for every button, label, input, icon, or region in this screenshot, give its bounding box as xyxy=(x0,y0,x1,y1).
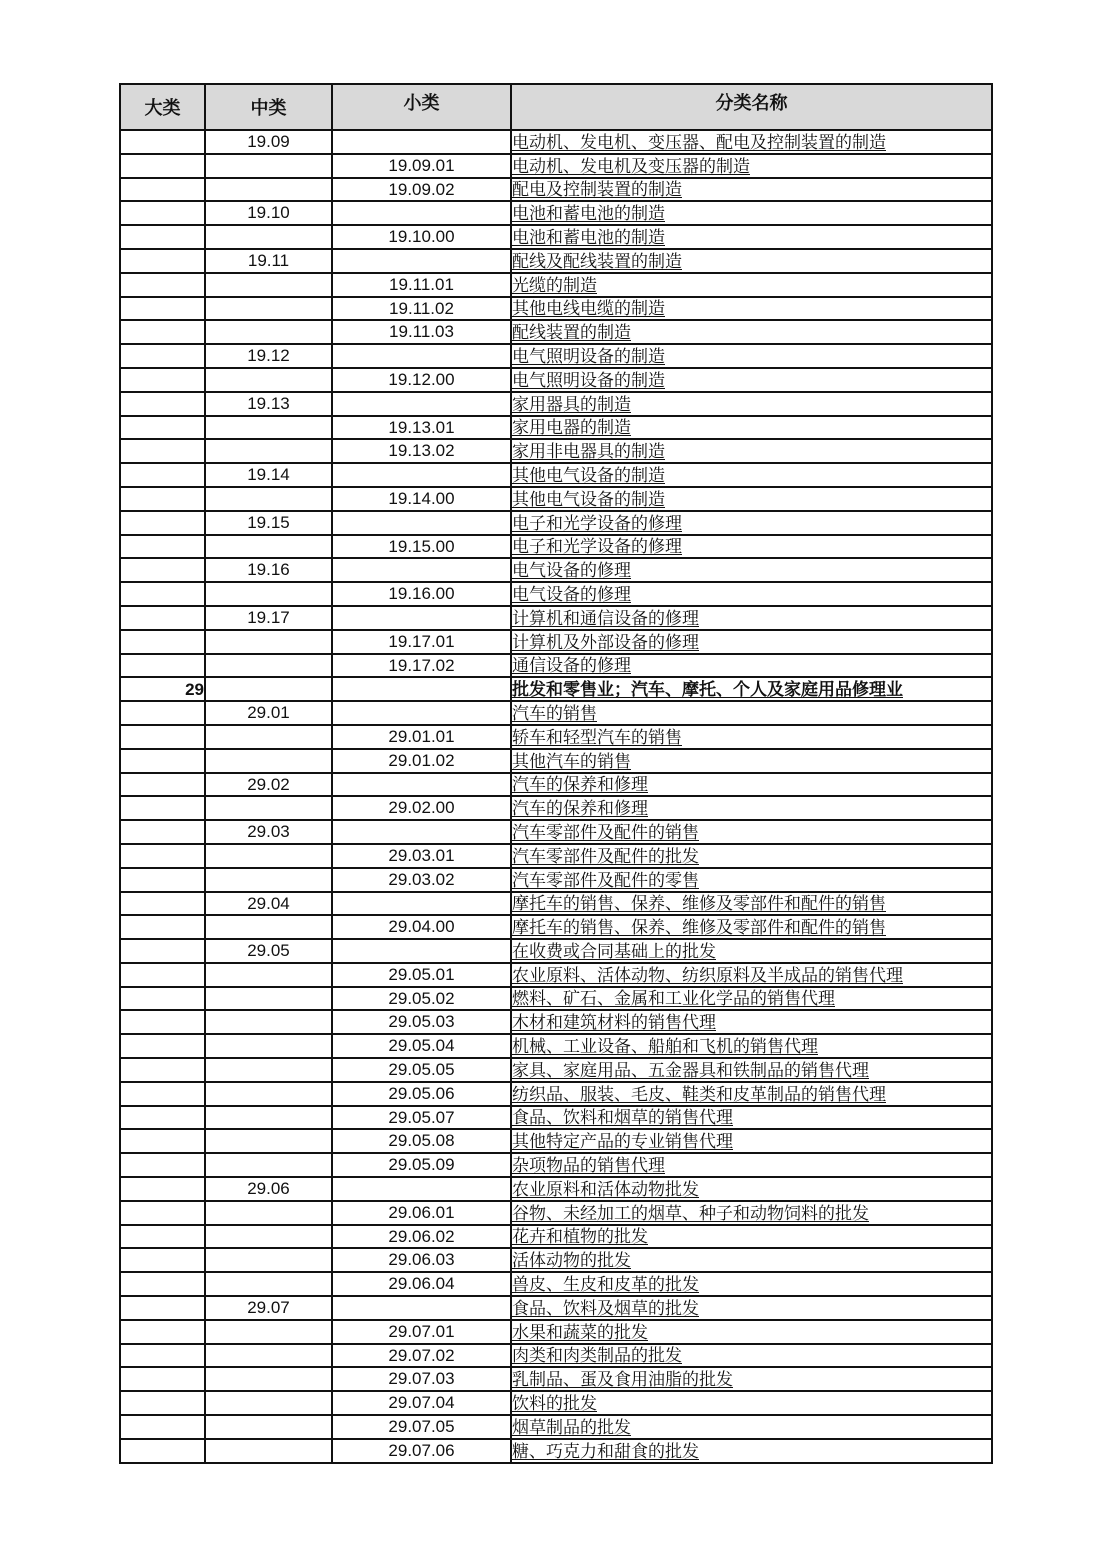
cell-major-code xyxy=(120,1201,205,1225)
cell-mid-code xyxy=(205,487,332,511)
cell-major-code xyxy=(120,535,205,559)
cell-category-name: 汽车零部件及配件的批发 xyxy=(511,844,992,868)
cell-category-name: 饮料的批发 xyxy=(511,1391,992,1415)
cell-major-code xyxy=(120,868,205,892)
cell-mid-code: 29.04 xyxy=(205,892,332,916)
table-row: 19.11.02其他电线电缆的制造 xyxy=(120,297,992,321)
cell-major-code xyxy=(120,749,205,773)
cell-category-name: 其他汽车的销售 xyxy=(511,749,992,773)
category-name-text: 烟草制品的批发 xyxy=(512,1418,631,1437)
category-name-text: 木材和建筑材料的销售代理 xyxy=(512,1013,716,1032)
cell-mid-code xyxy=(205,654,332,678)
cell-major-code xyxy=(120,1439,205,1463)
cell-major-code xyxy=(120,1034,205,1058)
table-row: 29.02.00汽车的保养和修理 xyxy=(120,796,992,820)
cell-minor-code: 19.16.00 xyxy=(332,582,511,606)
cell-minor-code xyxy=(332,511,511,535)
cell-category-name: 汽车零部件及配件的零售 xyxy=(511,868,992,892)
table-row: 29.06农业原料和活体动物批发 xyxy=(120,1177,992,1201)
cell-mid-code xyxy=(205,1201,332,1225)
category-name-text: 花卉和植物的批发 xyxy=(512,1227,648,1246)
cell-minor-code: 29.01.01 xyxy=(332,725,511,749)
cell-category-name: 电气照明设备的制造 xyxy=(511,368,992,392)
cell-minor-code xyxy=(332,558,511,582)
cell-minor-code: 19.17.01 xyxy=(332,630,511,654)
cell-minor-code xyxy=(332,392,511,416)
cell-category-name: 通信设备的修理 xyxy=(511,654,992,678)
cell-category-name: 电动机、发电机及变压器的制造 xyxy=(511,154,992,178)
cell-minor-code xyxy=(332,1177,511,1201)
table-row: 29.06.01谷物、未经加工的烟草、种子和动物饲料的批发 xyxy=(120,1201,992,1225)
cell-mid-code xyxy=(205,1367,332,1391)
cell-minor-code: 29.05.09 xyxy=(332,1153,511,1177)
cell-major-code xyxy=(120,773,205,797)
table-row: 19.17.02通信设备的修理 xyxy=(120,654,992,678)
cell-minor-code: 29.03.02 xyxy=(332,868,511,892)
cell-minor-code: 29.07.05 xyxy=(332,1415,511,1439)
table-row: 29.01.01轿车和轻型汽车的销售 xyxy=(120,725,992,749)
table-row: 19.13家用器具的制造 xyxy=(120,392,992,416)
cell-major-code xyxy=(120,654,205,678)
cell-major-code xyxy=(120,606,205,630)
cell-mid-code xyxy=(205,1129,332,1153)
header-row: 大类 中类 小类 分类名称 xyxy=(120,84,992,130)
cell-major-code xyxy=(120,225,205,249)
category-name-text: 电气照明设备的制造 xyxy=(512,347,665,366)
cell-mid-code: 19.13 xyxy=(205,392,332,416)
cell-minor-code xyxy=(332,463,511,487)
category-name-text: 其他电线电缆的制造 xyxy=(512,299,665,318)
table-row: 19.15电子和光学设备的修理 xyxy=(120,511,992,535)
cell-mid-code: 29.05 xyxy=(205,939,332,963)
cell-category-name: 兽皮、生皮和皮革的批发 xyxy=(511,1272,992,1296)
cell-major-code xyxy=(120,558,205,582)
cell-mid-code xyxy=(205,1272,332,1296)
cell-mid-code xyxy=(205,416,332,440)
table-row: 29.05在收费或合同基础上的批发 xyxy=(120,939,992,963)
cell-category-name: 摩托车的销售、保养、维修及零部件和配件的销售 xyxy=(511,915,992,939)
cell-major-code xyxy=(120,1177,205,1201)
cell-mid-code xyxy=(205,1248,332,1272)
category-name-text: 家用非电器具的制造 xyxy=(512,442,665,461)
cell-category-name: 谷物、未经加工的烟草、种子和动物饲料的批发 xyxy=(511,1201,992,1225)
category-name-text: 燃料、矿石、金属和工业化学品的销售代理 xyxy=(512,989,835,1008)
cell-category-name: 农业原料、活体动物、纺织原料及半成品的销售代理 xyxy=(511,963,992,987)
cell-major-code xyxy=(120,439,205,463)
cell-minor-code: 29.07.06 xyxy=(332,1439,511,1463)
cell-category-name: 汽车的保养和修理 xyxy=(511,796,992,820)
category-name-text: 水果和蔬菜的批发 xyxy=(512,1323,648,1342)
table-row: 29.05.06纺织品、服装、毛皮、鞋类和皮革制品的销售代理 xyxy=(120,1082,992,1106)
cell-major-code xyxy=(120,1248,205,1272)
cell-minor-code xyxy=(332,820,511,844)
cell-minor-code xyxy=(332,344,511,368)
cell-mid-code xyxy=(205,749,332,773)
cell-minor-code: 29.05.04 xyxy=(332,1034,511,1058)
cell-category-name: 汽车的销售 xyxy=(511,701,992,725)
category-name-text: 其他汽车的销售 xyxy=(512,752,631,771)
cell-category-name: 家用器具的制造 xyxy=(511,392,992,416)
table-row: 19.10.00电池和蓄电池的制造 xyxy=(120,225,992,249)
category-name-text: 摩托车的销售、保养、维修及零部件和配件的销售 xyxy=(512,918,886,937)
cell-category-name: 电子和光学设备的修理 xyxy=(511,511,992,535)
table-row: 19.12.00电气照明设备的制造 xyxy=(120,368,992,392)
cell-mid-code xyxy=(205,987,332,1011)
category-name-text: 农业原料和活体动物批发 xyxy=(512,1180,699,1199)
category-name-text: 其他电气设备的制造 xyxy=(512,490,665,509)
cell-minor-code: 29.07.03 xyxy=(332,1367,511,1391)
table-row: 19.17计算机和通信设备的修理 xyxy=(120,606,992,630)
cell-mid-code xyxy=(205,677,332,701)
cell-major-code xyxy=(120,1058,205,1082)
cell-mid-code xyxy=(205,225,332,249)
cell-major-code xyxy=(120,1225,205,1249)
category-name-text: 食品、饮料及烟草的批发 xyxy=(512,1299,699,1318)
cell-minor-code: 29.01.02 xyxy=(332,749,511,773)
cell-major-code xyxy=(120,1391,205,1415)
cell-category-name: 木材和建筑材料的销售代理 xyxy=(511,1010,992,1034)
cell-minor-code xyxy=(332,249,511,273)
category-name-text: 轿车和轻型汽车的销售 xyxy=(512,728,682,747)
cell-major-code xyxy=(120,130,205,154)
table-row: 29.05.04机械、工业设备、船舶和飞机的销售代理 xyxy=(120,1034,992,1058)
category-name-text: 其他电气设备的制造 xyxy=(512,466,665,485)
header-minor: 小类 xyxy=(332,84,511,130)
cell-category-name: 电气设备的修理 xyxy=(511,582,992,606)
cell-mid-code xyxy=(205,796,332,820)
table-row: 19.14其他电气设备的制造 xyxy=(120,463,992,487)
table-row: 19.17.01计算机及外部设备的修理 xyxy=(120,630,992,654)
table-row: 29.04摩托车的销售、保养、维修及零部件和配件的销售 xyxy=(120,892,992,916)
cell-category-name: 电池和蓄电池的制造 xyxy=(511,201,992,225)
category-name-text: 活体动物的批发 xyxy=(512,1251,631,1270)
cell-major-code xyxy=(120,344,205,368)
table-row: 29.07.01水果和蔬菜的批发 xyxy=(120,1320,992,1344)
cell-minor-code: 19.10.00 xyxy=(332,225,511,249)
cell-minor-code: 29.05.06 xyxy=(332,1082,511,1106)
cell-major-code xyxy=(120,273,205,297)
cell-minor-code: 19.09.02 xyxy=(332,178,511,202)
cell-mid-code xyxy=(205,1439,332,1463)
category-name-text: 兽皮、生皮和皮革的批发 xyxy=(512,1275,699,1294)
cell-minor-code xyxy=(332,892,511,916)
cell-minor-code: 19.17.02 xyxy=(332,654,511,678)
table-row: 19.13.01家用电器的制造 xyxy=(120,416,992,440)
table-body: 19.09电动机、发电机、变压器、配电及控制装置的制造19.09.01电动机、发… xyxy=(120,130,992,1463)
cell-major-code: 29 xyxy=(120,677,205,701)
cell-minor-code: 29.06.04 xyxy=(332,1272,511,1296)
cell-minor-code xyxy=(332,606,511,630)
cell-mid-code: 29.07 xyxy=(205,1296,332,1320)
cell-category-name: 燃料、矿石、金属和工业化学品的销售代理 xyxy=(511,987,992,1011)
cell-category-name: 电气照明设备的制造 xyxy=(511,344,992,368)
cell-major-code xyxy=(120,487,205,511)
cell-minor-code: 29.05.05 xyxy=(332,1058,511,1082)
cell-category-name: 电子和光学设备的修理 xyxy=(511,535,992,559)
cell-category-name: 配电及控制装置的制造 xyxy=(511,178,992,202)
cell-major-code xyxy=(120,963,205,987)
cell-major-code xyxy=(120,987,205,1011)
cell-minor-code: 19.12.00 xyxy=(332,368,511,392)
table-row: 19.16电气设备的修理 xyxy=(120,558,992,582)
cell-minor-code: 19.13.02 xyxy=(332,439,511,463)
cell-major-code xyxy=(120,154,205,178)
cell-major-code xyxy=(120,1106,205,1130)
table-row: 29.05.03木材和建筑材料的销售代理 xyxy=(120,1010,992,1034)
category-name-text: 杂项物品的销售代理 xyxy=(512,1156,665,1175)
table-row: 29.02汽车的保养和修理 xyxy=(120,773,992,797)
cell-category-name: 肉类和肉类制品的批发 xyxy=(511,1344,992,1368)
table-row: 29.07.04饮料的批发 xyxy=(120,1391,992,1415)
cell-minor-code: 29.06.02 xyxy=(332,1225,511,1249)
cell-major-code xyxy=(120,892,205,916)
table-row: 29.04.00摩托车的销售、保养、维修及零部件和配件的销售 xyxy=(120,915,992,939)
cell-mid-code xyxy=(205,1010,332,1034)
cell-category-name: 汽车零部件及配件的销售 xyxy=(511,820,992,844)
cell-minor-code: 29.05.01 xyxy=(332,963,511,987)
table-row: 19.10电池和蓄电池的制造 xyxy=(120,201,992,225)
cell-mid-code xyxy=(205,1344,332,1368)
table-row: 29.03.01汽车零部件及配件的批发 xyxy=(120,844,992,868)
table-row: 19.09电动机、发电机、变压器、配电及控制装置的制造 xyxy=(120,130,992,154)
cell-major-code xyxy=(120,1367,205,1391)
cell-minor-code: 29.07.01 xyxy=(332,1320,511,1344)
category-name-text: 电子和光学设备的修理 xyxy=(512,537,682,556)
cell-category-name: 水果和蔬菜的批发 xyxy=(511,1320,992,1344)
table-row: 19.13.02家用非电器具的制造 xyxy=(120,439,992,463)
cell-category-name: 电池和蓄电池的制造 xyxy=(511,225,992,249)
cell-minor-code xyxy=(332,701,511,725)
classification-table: 大类 中类 小类 分类名称 19.09电动机、发电机、变压器、配电及控制装置的制… xyxy=(119,83,993,1464)
cell-major-code xyxy=(120,630,205,654)
cell-category-name: 摩托车的销售、保养、维修及零部件和配件的销售 xyxy=(511,892,992,916)
cell-mid-code: 19.15 xyxy=(205,511,332,535)
cell-mid-code xyxy=(205,630,332,654)
cell-minor-code: 29.06.01 xyxy=(332,1201,511,1225)
category-name-text: 电动机、发电机及变压器的制造 xyxy=(512,157,750,176)
cell-minor-code: 19.11.01 xyxy=(332,273,511,297)
cell-mid-code: 29.03 xyxy=(205,820,332,844)
category-name-text: 配线装置的制造 xyxy=(512,323,631,342)
cell-minor-code: 29.05.08 xyxy=(332,1129,511,1153)
cell-category-name: 在收费或合同基础上的批发 xyxy=(511,939,992,963)
cell-category-name: 批发和零售业；汽车、摩托、个人及家庭用品修理业 xyxy=(511,677,992,701)
cell-mid-code xyxy=(205,297,332,321)
cell-mid-code xyxy=(205,1153,332,1177)
cell-category-name: 计算机及外部设备的修理 xyxy=(511,630,992,654)
cell-mid-code xyxy=(205,1082,332,1106)
table-row: 19.15.00电子和光学设备的修理 xyxy=(120,535,992,559)
cell-major-code xyxy=(120,297,205,321)
cell-major-code xyxy=(120,201,205,225)
cell-category-name: 机械、工业设备、船舶和飞机的销售代理 xyxy=(511,1034,992,1058)
cell-mid-code xyxy=(205,963,332,987)
cell-category-name: 其他电气设备的制造 xyxy=(511,463,992,487)
cell-category-name: 汽车的保养和修理 xyxy=(511,773,992,797)
cell-mid-code: 19.12 xyxy=(205,344,332,368)
cell-minor-code: 29.05.07 xyxy=(332,1106,511,1130)
cell-category-name: 糖、巧克力和甜食的批发 xyxy=(511,1439,992,1463)
cell-category-name: 烟草制品的批发 xyxy=(511,1415,992,1439)
cell-minor-code: 19.09.01 xyxy=(332,154,511,178)
cell-mid-code: 29.01 xyxy=(205,701,332,725)
category-name-text: 家用电器的制造 xyxy=(512,418,631,437)
cell-major-code xyxy=(120,249,205,273)
cell-major-code xyxy=(120,392,205,416)
cell-major-code xyxy=(120,1296,205,1320)
cell-major-code xyxy=(120,796,205,820)
table-row: 19.11配线及配线装置的制造 xyxy=(120,249,992,273)
cell-mid-code xyxy=(205,868,332,892)
table-row: 29.07.05烟草制品的批发 xyxy=(120,1415,992,1439)
cell-category-name: 纺织品、服装、毛皮、鞋类和皮革制品的销售代理 xyxy=(511,1082,992,1106)
cell-mid-code xyxy=(205,915,332,939)
category-name-text: 电池和蓄电池的制造 xyxy=(512,228,665,247)
cell-minor-code: 19.14.00 xyxy=(332,487,511,511)
category-name-text: 在收费或合同基础上的批发 xyxy=(512,942,716,961)
cell-category-name: 杂项物品的销售代理 xyxy=(511,1153,992,1177)
cell-category-name: 家具、家庭用品、五金器具和铁制品的销售代理 xyxy=(511,1058,992,1082)
cell-major-code xyxy=(120,178,205,202)
cell-major-code xyxy=(120,725,205,749)
cell-category-name: 食品、饮料及烟草的批发 xyxy=(511,1296,992,1320)
cell-category-name: 活体动物的批发 xyxy=(511,1248,992,1272)
cell-mid-code xyxy=(205,844,332,868)
category-name-text: 电气照明设备的制造 xyxy=(512,371,665,390)
cell-category-name: 配线装置的制造 xyxy=(511,320,992,344)
cell-minor-code: 29.04.00 xyxy=(332,915,511,939)
category-name-text: 其他特定产品的专业销售代理 xyxy=(512,1132,733,1151)
table-row: 29.06.02花卉和植物的批发 xyxy=(120,1225,992,1249)
cell-major-code xyxy=(120,820,205,844)
cell-mid-code: 29.06 xyxy=(205,1177,332,1201)
cell-major-code xyxy=(120,844,205,868)
table-row-major: 29批发和零售业；汽车、摩托、个人及家庭用品修理业 xyxy=(120,677,992,701)
table-row: 19.14.00其他电气设备的制造 xyxy=(120,487,992,511)
cell-minor-code: 29.05.03 xyxy=(332,1010,511,1034)
cell-major-code xyxy=(120,463,205,487)
cell-mid-code xyxy=(205,725,332,749)
cell-category-name: 其他电气设备的制造 xyxy=(511,487,992,511)
category-name-text: 纺织品、服装、毛皮、鞋类和皮革制品的销售代理 xyxy=(512,1085,886,1104)
table-row: 29.07.06糖、巧克力和甜食的批发 xyxy=(120,1439,992,1463)
category-name-text: 肉类和肉类制品的批发 xyxy=(512,1346,682,1365)
cell-category-name: 电气设备的修理 xyxy=(511,558,992,582)
table-row: 29.06.04兽皮、生皮和皮革的批发 xyxy=(120,1272,992,1296)
cell-minor-code: 29.05.02 xyxy=(332,987,511,1011)
category-name-text: 电动机、发电机、变压器、配电及控制装置的制造 xyxy=(512,133,886,152)
cell-mid-code: 19.11 xyxy=(205,249,332,273)
cell-minor-code: 19.11.02 xyxy=(332,297,511,321)
category-name-text: 通信设备的修理 xyxy=(512,656,631,675)
header-mid: 中类 xyxy=(205,84,332,130)
cell-major-code xyxy=(120,1010,205,1034)
cell-major-code xyxy=(120,320,205,344)
cell-mid-code xyxy=(205,1034,332,1058)
cell-mid-code xyxy=(205,1058,332,1082)
table-row: 29.06.03活体动物的批发 xyxy=(120,1248,992,1272)
table-row: 29.05.07食品、饮料和烟草的销售代理 xyxy=(120,1106,992,1130)
cell-major-code xyxy=(120,701,205,725)
table-row: 19.11.01光缆的制造 xyxy=(120,273,992,297)
cell-mid-code xyxy=(205,1225,332,1249)
cell-minor-code: 29.07.04 xyxy=(332,1391,511,1415)
cell-mid-code: 19.09 xyxy=(205,130,332,154)
category-name-text: 配线及配线装置的制造 xyxy=(512,252,682,271)
cell-minor-code: 29.03.01 xyxy=(332,844,511,868)
category-name-text: 电气设备的修理 xyxy=(512,585,631,604)
table-row: 29.05.08其他特定产品的专业销售代理 xyxy=(120,1129,992,1153)
table-row: 29.03汽车零部件及配件的销售 xyxy=(120,820,992,844)
category-name-text: 汽车的销售 xyxy=(512,704,597,723)
cell-mid-code xyxy=(205,535,332,559)
cell-minor-code: 19.11.03 xyxy=(332,320,511,344)
cell-minor-code xyxy=(332,201,511,225)
category-name-text: 计算机及外部设备的修理 xyxy=(512,633,699,652)
cell-major-code xyxy=(120,582,205,606)
category-name-text: 饮料的批发 xyxy=(512,1394,597,1413)
cell-minor-code xyxy=(332,677,511,701)
cell-mid-code xyxy=(205,1320,332,1344)
category-name-text: 家用器具的制造 xyxy=(512,395,631,414)
cell-mid-code: 19.14 xyxy=(205,463,332,487)
cell-category-name: 农业原料和活体动物批发 xyxy=(511,1177,992,1201)
category-name-text: 食品、饮料和烟草的销售代理 xyxy=(512,1108,733,1127)
cell-mid-code xyxy=(205,582,332,606)
category-name-text: 摩托车的销售、保养、维修及零部件和配件的销售 xyxy=(512,894,886,913)
cell-mid-code xyxy=(205,1106,332,1130)
cell-minor-code: 19.13.01 xyxy=(332,416,511,440)
cell-mid-code xyxy=(205,368,332,392)
cell-category-name: 食品、饮料和烟草的销售代理 xyxy=(511,1106,992,1130)
cell-minor-code: 29.06.03 xyxy=(332,1248,511,1272)
cell-mid-code: 19.17 xyxy=(205,606,332,630)
cell-minor-code: 19.15.00 xyxy=(332,535,511,559)
cell-major-code xyxy=(120,511,205,535)
cell-category-name: 光缆的制造 xyxy=(511,273,992,297)
cell-major-code xyxy=(120,1153,205,1177)
cell-mid-code xyxy=(205,439,332,463)
cell-category-name: 配线及配线装置的制造 xyxy=(511,249,992,273)
cell-category-name: 家用电器的制造 xyxy=(511,416,992,440)
cell-category-name: 家用非电器具的制造 xyxy=(511,439,992,463)
cell-mid-code: 29.02 xyxy=(205,773,332,797)
category-name-text: 家具、家庭用品、五金器具和铁制品的销售代理 xyxy=(512,1061,869,1080)
cell-category-name: 乳制品、蛋及食用油脂的批发 xyxy=(511,1367,992,1391)
category-name-text: 配电及控制装置的制造 xyxy=(512,180,682,199)
category-name-text: 汽车的保养和修理 xyxy=(512,775,648,794)
cell-category-name: 其他电线电缆的制造 xyxy=(511,297,992,321)
category-name-text: 机械、工业设备、船舶和飞机的销售代理 xyxy=(512,1037,818,1056)
cell-mid-code xyxy=(205,1415,332,1439)
cell-mid-code xyxy=(205,178,332,202)
document-page: 大类 中类 小类 分类名称 19.09电动机、发电机、变压器、配电及控制装置的制… xyxy=(0,0,1102,1559)
cell-category-name: 轿车和轻型汽车的销售 xyxy=(511,725,992,749)
cell-mid-code xyxy=(205,1391,332,1415)
category-name-text: 谷物、未经加工的烟草、种子和动物饲料的批发 xyxy=(512,1204,869,1223)
category-name-text: 电气设备的修理 xyxy=(512,561,631,580)
cell-minor-code xyxy=(332,1296,511,1320)
cell-major-code xyxy=(120,1415,205,1439)
category-name-text: 电池和蓄电池的制造 xyxy=(512,204,665,223)
cell-mid-code xyxy=(205,320,332,344)
table-row: 29.05.09杂项物品的销售代理 xyxy=(120,1153,992,1177)
category-name-text: 糖、巧克力和甜食的批发 xyxy=(512,1442,699,1461)
table-row: 29.01汽车的销售 xyxy=(120,701,992,725)
category-name-text: 汽车零部件及配件的销售 xyxy=(512,823,699,842)
cell-minor-code: 29.07.02 xyxy=(332,1344,511,1368)
cell-category-name: 计算机和通信设备的修理 xyxy=(511,606,992,630)
